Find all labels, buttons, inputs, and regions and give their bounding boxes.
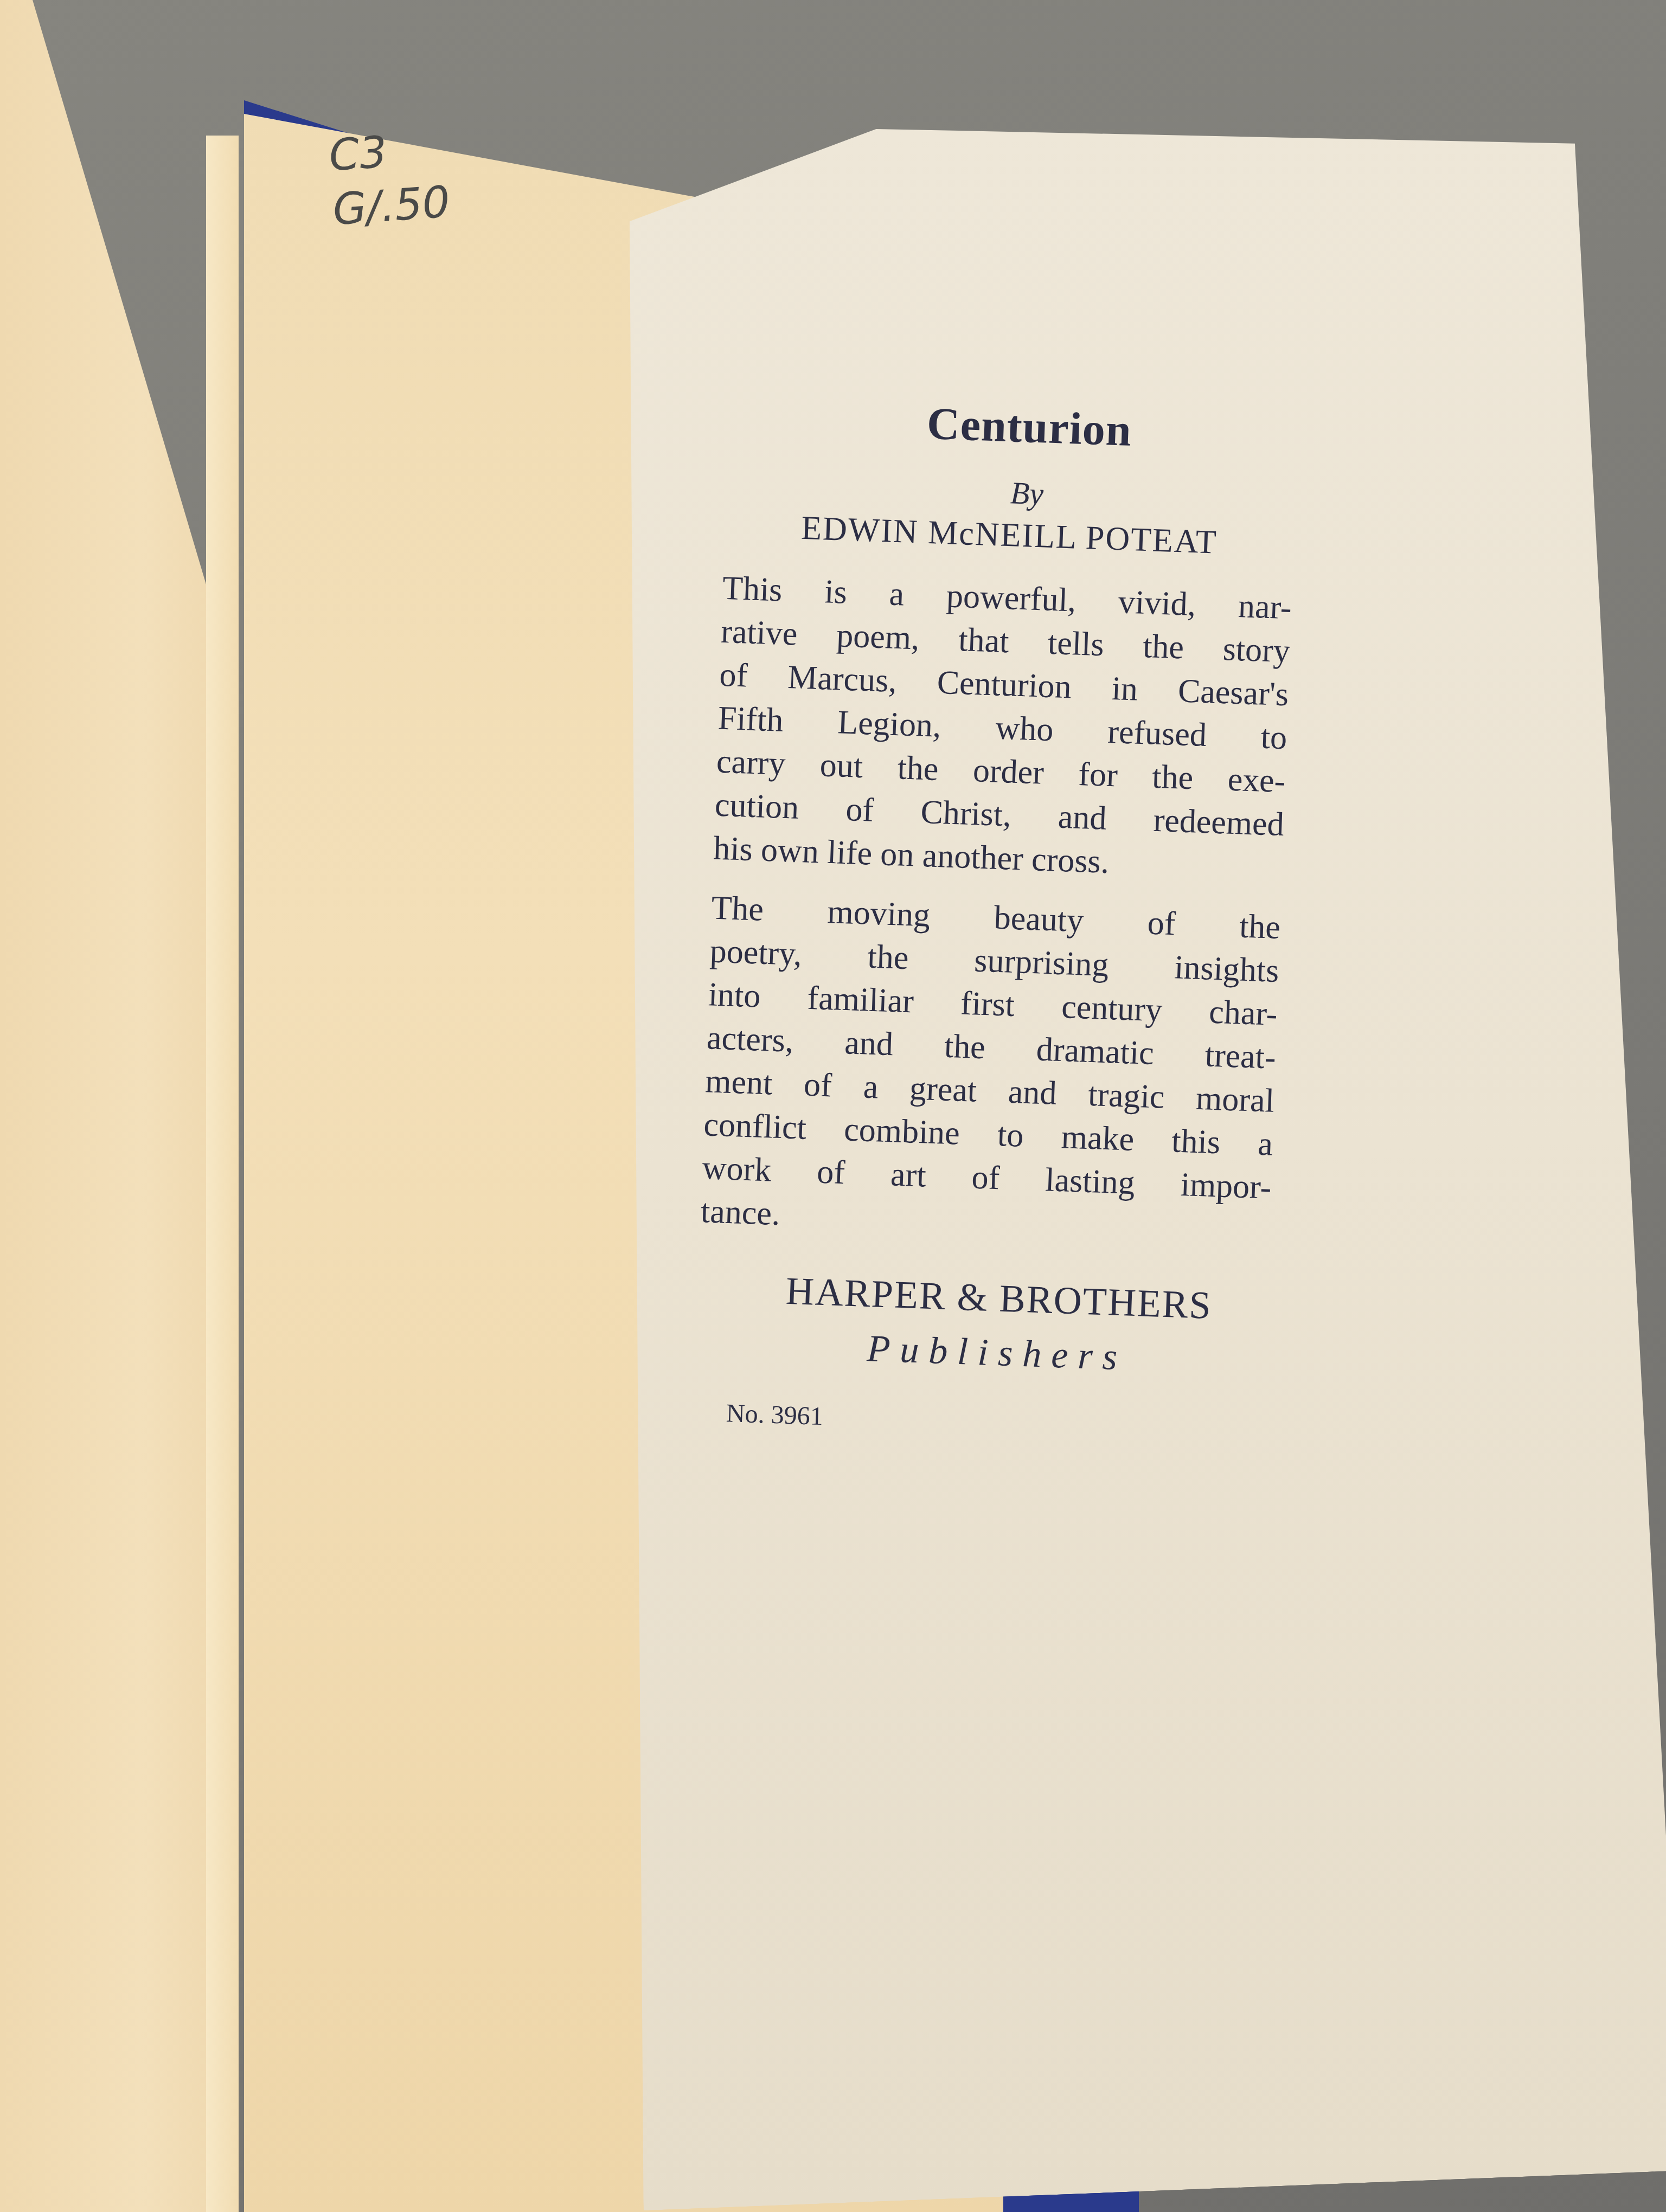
pencil-note-line-1: C3	[327, 121, 448, 183]
pencil-price-note: C3 G/.50	[327, 121, 452, 237]
publishers-label: Publishers	[728, 1322, 1266, 1385]
book-gutter	[206, 136, 239, 2212]
blurb-paragraph-1: This is a powerful, vivid, nar- rative p…	[713, 567, 1292, 890]
flap-text-block: Centurion By EDWIN McNEILL POTEAT This i…	[693, 390, 1298, 1446]
publisher-name: HARPER & BROTHERS	[730, 1266, 1268, 1330]
blurb-paragraph-2: The moving beauty of the poetry, the sur…	[700, 886, 1281, 1252]
pencil-note-line-2: G/.50	[331, 175, 452, 237]
